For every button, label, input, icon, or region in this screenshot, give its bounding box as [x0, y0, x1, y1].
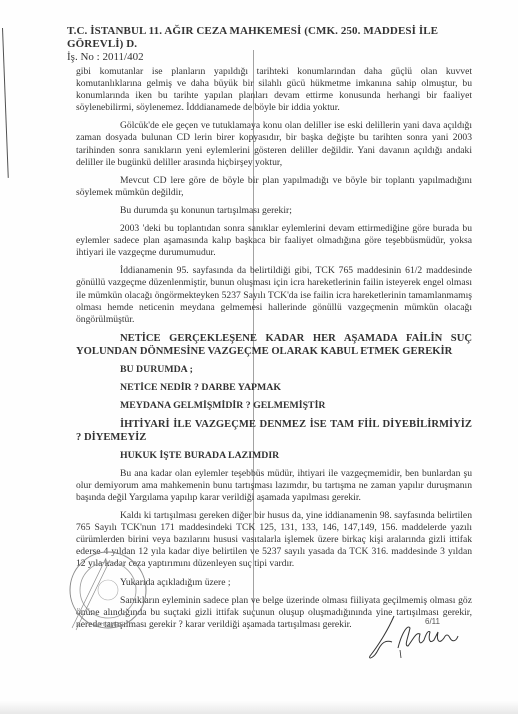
paragraph: HUKUK İŞTE BURADA LAZIMDIR — [76, 449, 472, 462]
paragraph: İHTİYARİ İLE VAZGEÇME DENMEZ İSE TAM Fİİ… — [76, 418, 472, 444]
paragraph: BU DURUMDA ; — [76, 363, 472, 376]
paragraph: NETİCE NEDİR ? DARBE YAPMAK — [76, 381, 472, 394]
paragraph: Mevcut CD lere göre de böyle bir plan ya… — [76, 175, 472, 199]
paragraph: Gölcük'de ele geçen ve tutuklamaya konu … — [76, 120, 472, 168]
document-header: T.C. İSTANBUL 11. AĞIR CEZA MAHKEMESİ (C… — [67, 25, 487, 64]
court-seal-stamp-icon: MAHKEMESİ — [66, 548, 150, 632]
signature-icon — [364, 612, 474, 662]
svg-text:MAHKEMESİ: MAHKEMESİ — [93, 621, 123, 628]
paragraph: Bu ana kadar olan eylemler teşebbüs müdü… — [76, 468, 472, 504]
scan-bottom-shadow — [0, 700, 518, 714]
page-marker: 6/11 — [425, 617, 440, 626]
document-body: gibi komutanlar ise planların yapıldığı … — [76, 66, 472, 631]
paragraph: gibi komutanlar ise planların yapıldığı … — [76, 66, 472, 114]
paragraph: İddianamenin 95. sayfasında da belirtild… — [76, 265, 472, 325]
paragraph: MEYDANA GELMİŞMİDİR ? GELMEMİŞTİR — [76, 399, 472, 412]
paragraph: NETİCE GERÇEKLEŞENE KADAR HER AŞAMADA FA… — [76, 332, 472, 358]
document-page: T.C. İSTANBUL 11. AĞIR CEZA MAHKEMESİ (C… — [0, 0, 518, 714]
paragraph: Bu durumda şu konunun tartışılması gerek… — [76, 205, 472, 217]
scan-edge-line — [2, 28, 9, 178]
case-number: İş. No : 2011/402 — [67, 51, 487, 64]
paragraph: 2003 'deki bu toplantıdan sonra sanıklar… — [76, 223, 472, 259]
court-name: T.C. İSTANBUL 11. AĞIR CEZA MAHKEMESİ (C… — [67, 25, 487, 51]
